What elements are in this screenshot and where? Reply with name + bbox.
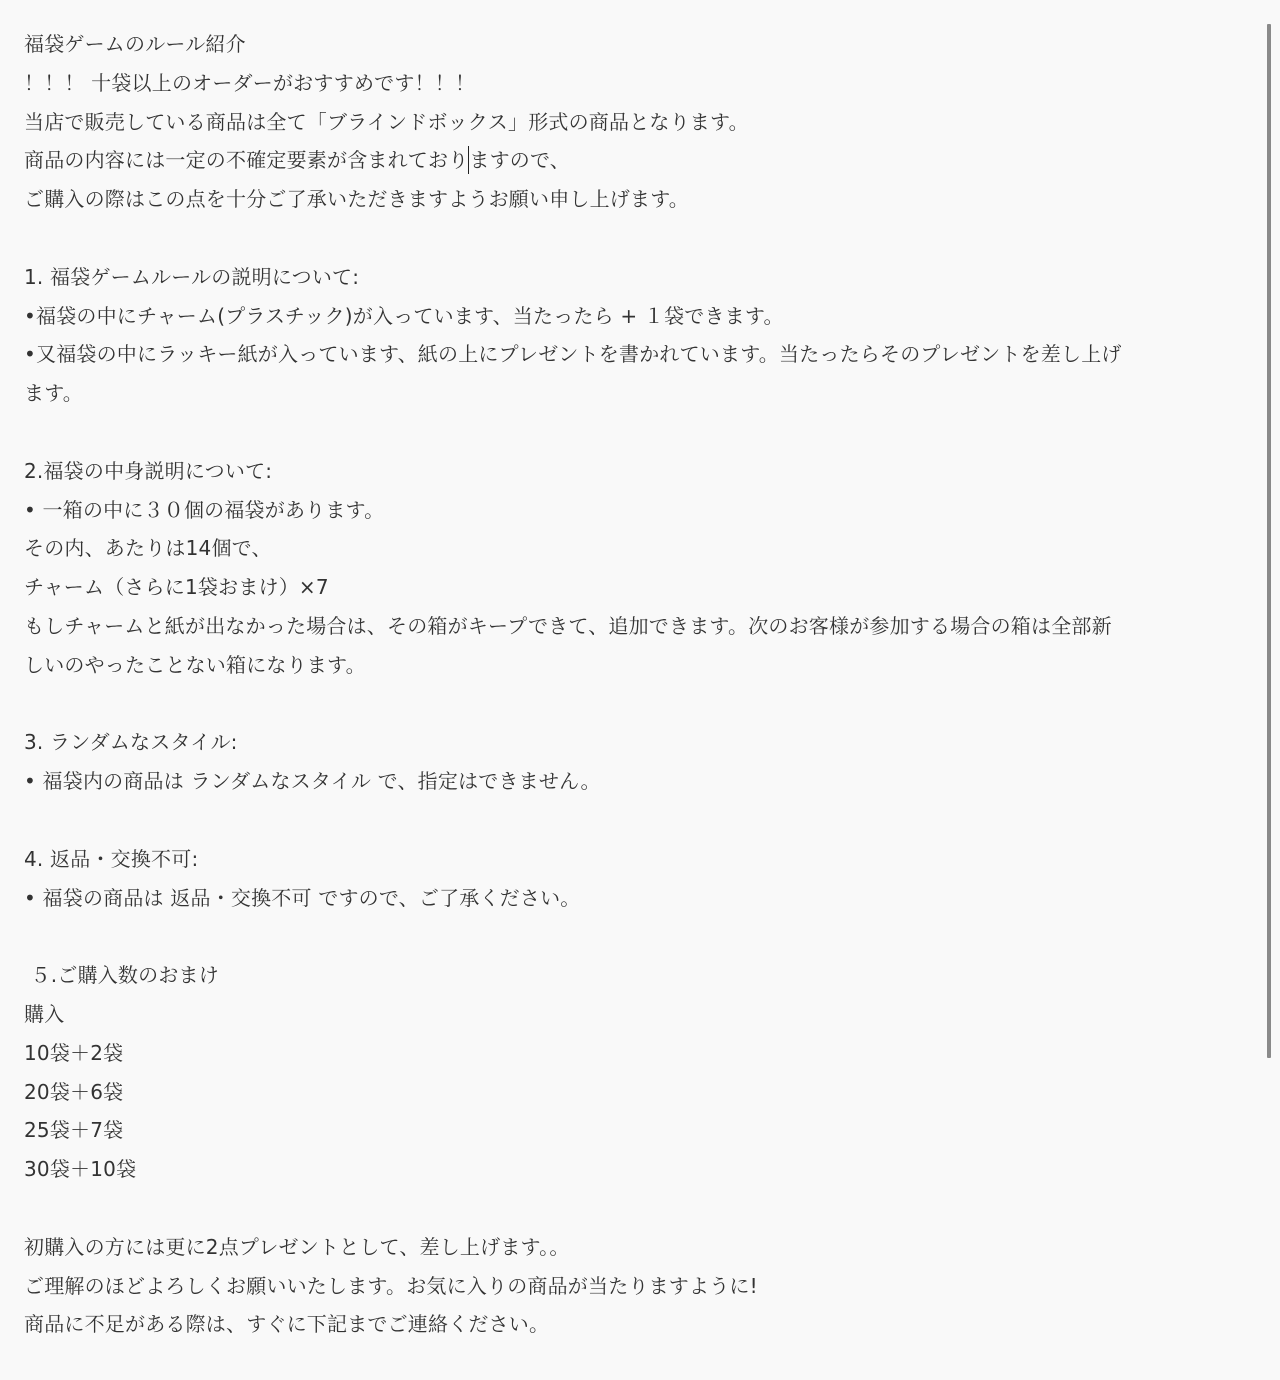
closing-line: 商品に不足がある際は、すぐに下記までご連絡ください。: [24, 1305, 1262, 1344]
blank-line: [24, 413, 1262, 452]
intro-line: ご購入の際はこの点を十分ご了承いただきますようお願い申し上げます。: [24, 180, 1262, 219]
blank-line: [24, 801, 1262, 840]
blank-line: [24, 685, 1262, 724]
bonus-line: 25袋＋7袋: [24, 1111, 1262, 1150]
section-line: • 一箱の中に３０個の福袋があります。: [24, 491, 1262, 530]
blank-line: [24, 917, 1262, 956]
purchase-label: 購入: [24, 995, 1262, 1034]
section-heading: 2.福袋の中身説明について:: [24, 452, 1262, 491]
section-line: しいのやったことない箱になります。: [24, 646, 1262, 685]
section-line: その内、あたりは14個で、: [24, 529, 1262, 568]
section-line: •又福袋の中にラッキー紙が入っています、紙の上にプレゼントを書かれています。当た…: [24, 335, 1262, 374]
text-editor[interactable]: 福袋ゲームのルール紹介 ！！！ 十袋以上のオーダーがおすすめです！！！ 当店で販…: [0, 0, 1262, 1380]
section-line: チャーム（さらに1袋おまけ）×7: [24, 568, 1262, 607]
intro-text-before-caret: 商品の内容には一定の不確定要素が含まれており: [24, 148, 468, 172]
intro-line: 当店で販売している商品は全て「ブラインドボックス」形式の商品となります。: [24, 103, 1262, 142]
section-heading: 3. ランダムなスタイル:: [24, 723, 1262, 762]
blank-line: [24, 1189, 1262, 1228]
bonus-line: 10袋＋2袋: [24, 1034, 1262, 1073]
closing-line: 初購入の方には更に2点プレゼントとして、差し上げます。。: [24, 1228, 1262, 1267]
blank-line: [24, 219, 1262, 258]
document-title: 福袋ゲームのルール紹介: [24, 25, 1262, 64]
intro-text-after-caret: ますので、: [469, 148, 570, 172]
intro-line: ！！！ 十袋以上のオーダーがおすすめです！！！: [24, 64, 1262, 103]
section-heading: 4. 返品・交換不可:: [24, 840, 1262, 879]
closing-line: ご理解のほどよろしくお願いいたします。お気に入りの商品が当たりますように!: [24, 1267, 1262, 1306]
section-line: • 福袋内の商品は ランダムなスタイル で、指定はできません。: [24, 762, 1262, 801]
section-line: •福袋の中にチャーム(プラスチック)が入っています、当たったら + １袋できます…: [24, 297, 1262, 336]
section-heading: ５.ご購入数のおまけ: [24, 956, 1262, 995]
bonus-line: 30袋＋10袋: [24, 1150, 1262, 1189]
section-line: ます。: [24, 374, 1262, 413]
intro-line-with-caret: 商品の内容には一定の不確定要素が含まれておりますので、: [24, 141, 1262, 180]
vertical-scrollbar[interactable]: [1267, 24, 1271, 1058]
section-line: もしチャームと紙が出なかった場合は、その箱がキープできて、追加できます。次のお客…: [24, 607, 1262, 646]
section-heading: 1. 福袋ゲームルールの説明について:: [24, 258, 1262, 297]
bonus-line: 20袋＋6袋: [24, 1073, 1262, 1112]
section-line: • 福袋の商品は 返品・交換不可 ですので、ご了承ください。: [24, 879, 1262, 918]
